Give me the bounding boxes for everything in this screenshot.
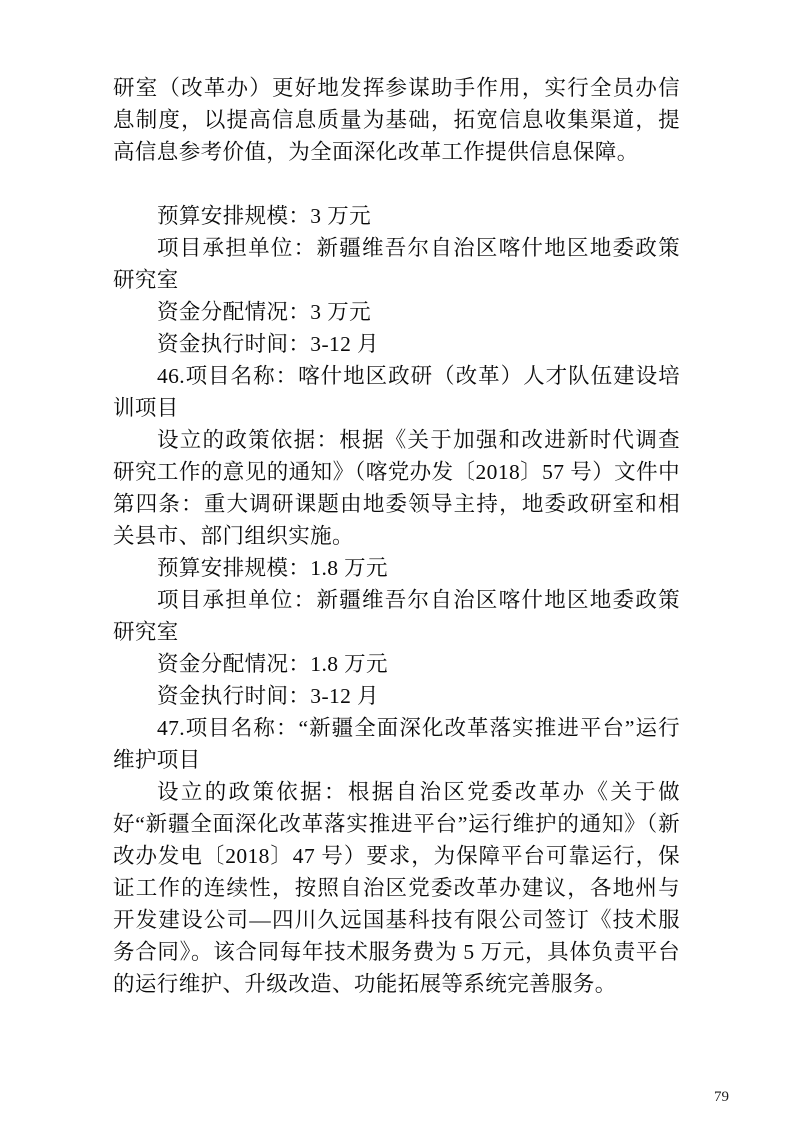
paragraph-project46-budget-scale: 预算安排规模：1.8 万元 bbox=[113, 552, 680, 584]
paragraph-budget-scale: 预算安排规模：3 万元 bbox=[113, 200, 680, 232]
paragraph-undertaking-unit: 项目承担单位：新疆维吾尔自治区喀什地区地委政策研究室 bbox=[113, 232, 680, 296]
paragraph-continuation: 研室（改革办）更好地发挥参谋助手作用，实行全员办信息制度，以提高信息质量为基础，… bbox=[113, 72, 680, 168]
page-number: 79 bbox=[714, 1090, 729, 1105]
paragraph-project47-name: 47.项目名称：“新疆全面深化改革落实推进平台”运行维护项目 bbox=[113, 712, 680, 776]
paragraph-project46-undertaking-unit: 项目承担单位：新疆维吾尔自治区喀什地区地委政策研究室 bbox=[113, 584, 680, 648]
paragraph-fund-execution: 资金执行时间：3-12 月 bbox=[113, 328, 680, 360]
document-body: 研室（改革办）更好地发挥参谋助手作用，实行全员办信息制度，以提高信息质量为基础，… bbox=[113, 72, 680, 1000]
paragraph-project47-policy-basis: 设立的政策依据：根据自治区党委改革办《关于做好“新疆全面深化改革落实推进平台”运… bbox=[113, 776, 680, 1000]
blank-line bbox=[113, 168, 680, 200]
paragraph-project46-name: 46.项目名称：喀什地区政研（改革）人才队伍建设培训项目 bbox=[113, 360, 680, 424]
paragraph-project46-fund-execution: 资金执行时间：3-12 月 bbox=[113, 680, 680, 712]
document-page: 研室（改革办）更好地发挥参谋助手作用，实行全员办信息制度，以提高信息质量为基础，… bbox=[0, 0, 793, 1122]
paragraph-project46-fund-allocation: 资金分配情况：1.8 万元 bbox=[113, 648, 680, 680]
paragraph-fund-allocation: 资金分配情况：3 万元 bbox=[113, 296, 680, 328]
paragraph-project46-policy-basis: 设立的政策依据：根据《关于加强和改进新时代调查研究工作的意见的通知》（喀党办发〔… bbox=[113, 424, 680, 552]
